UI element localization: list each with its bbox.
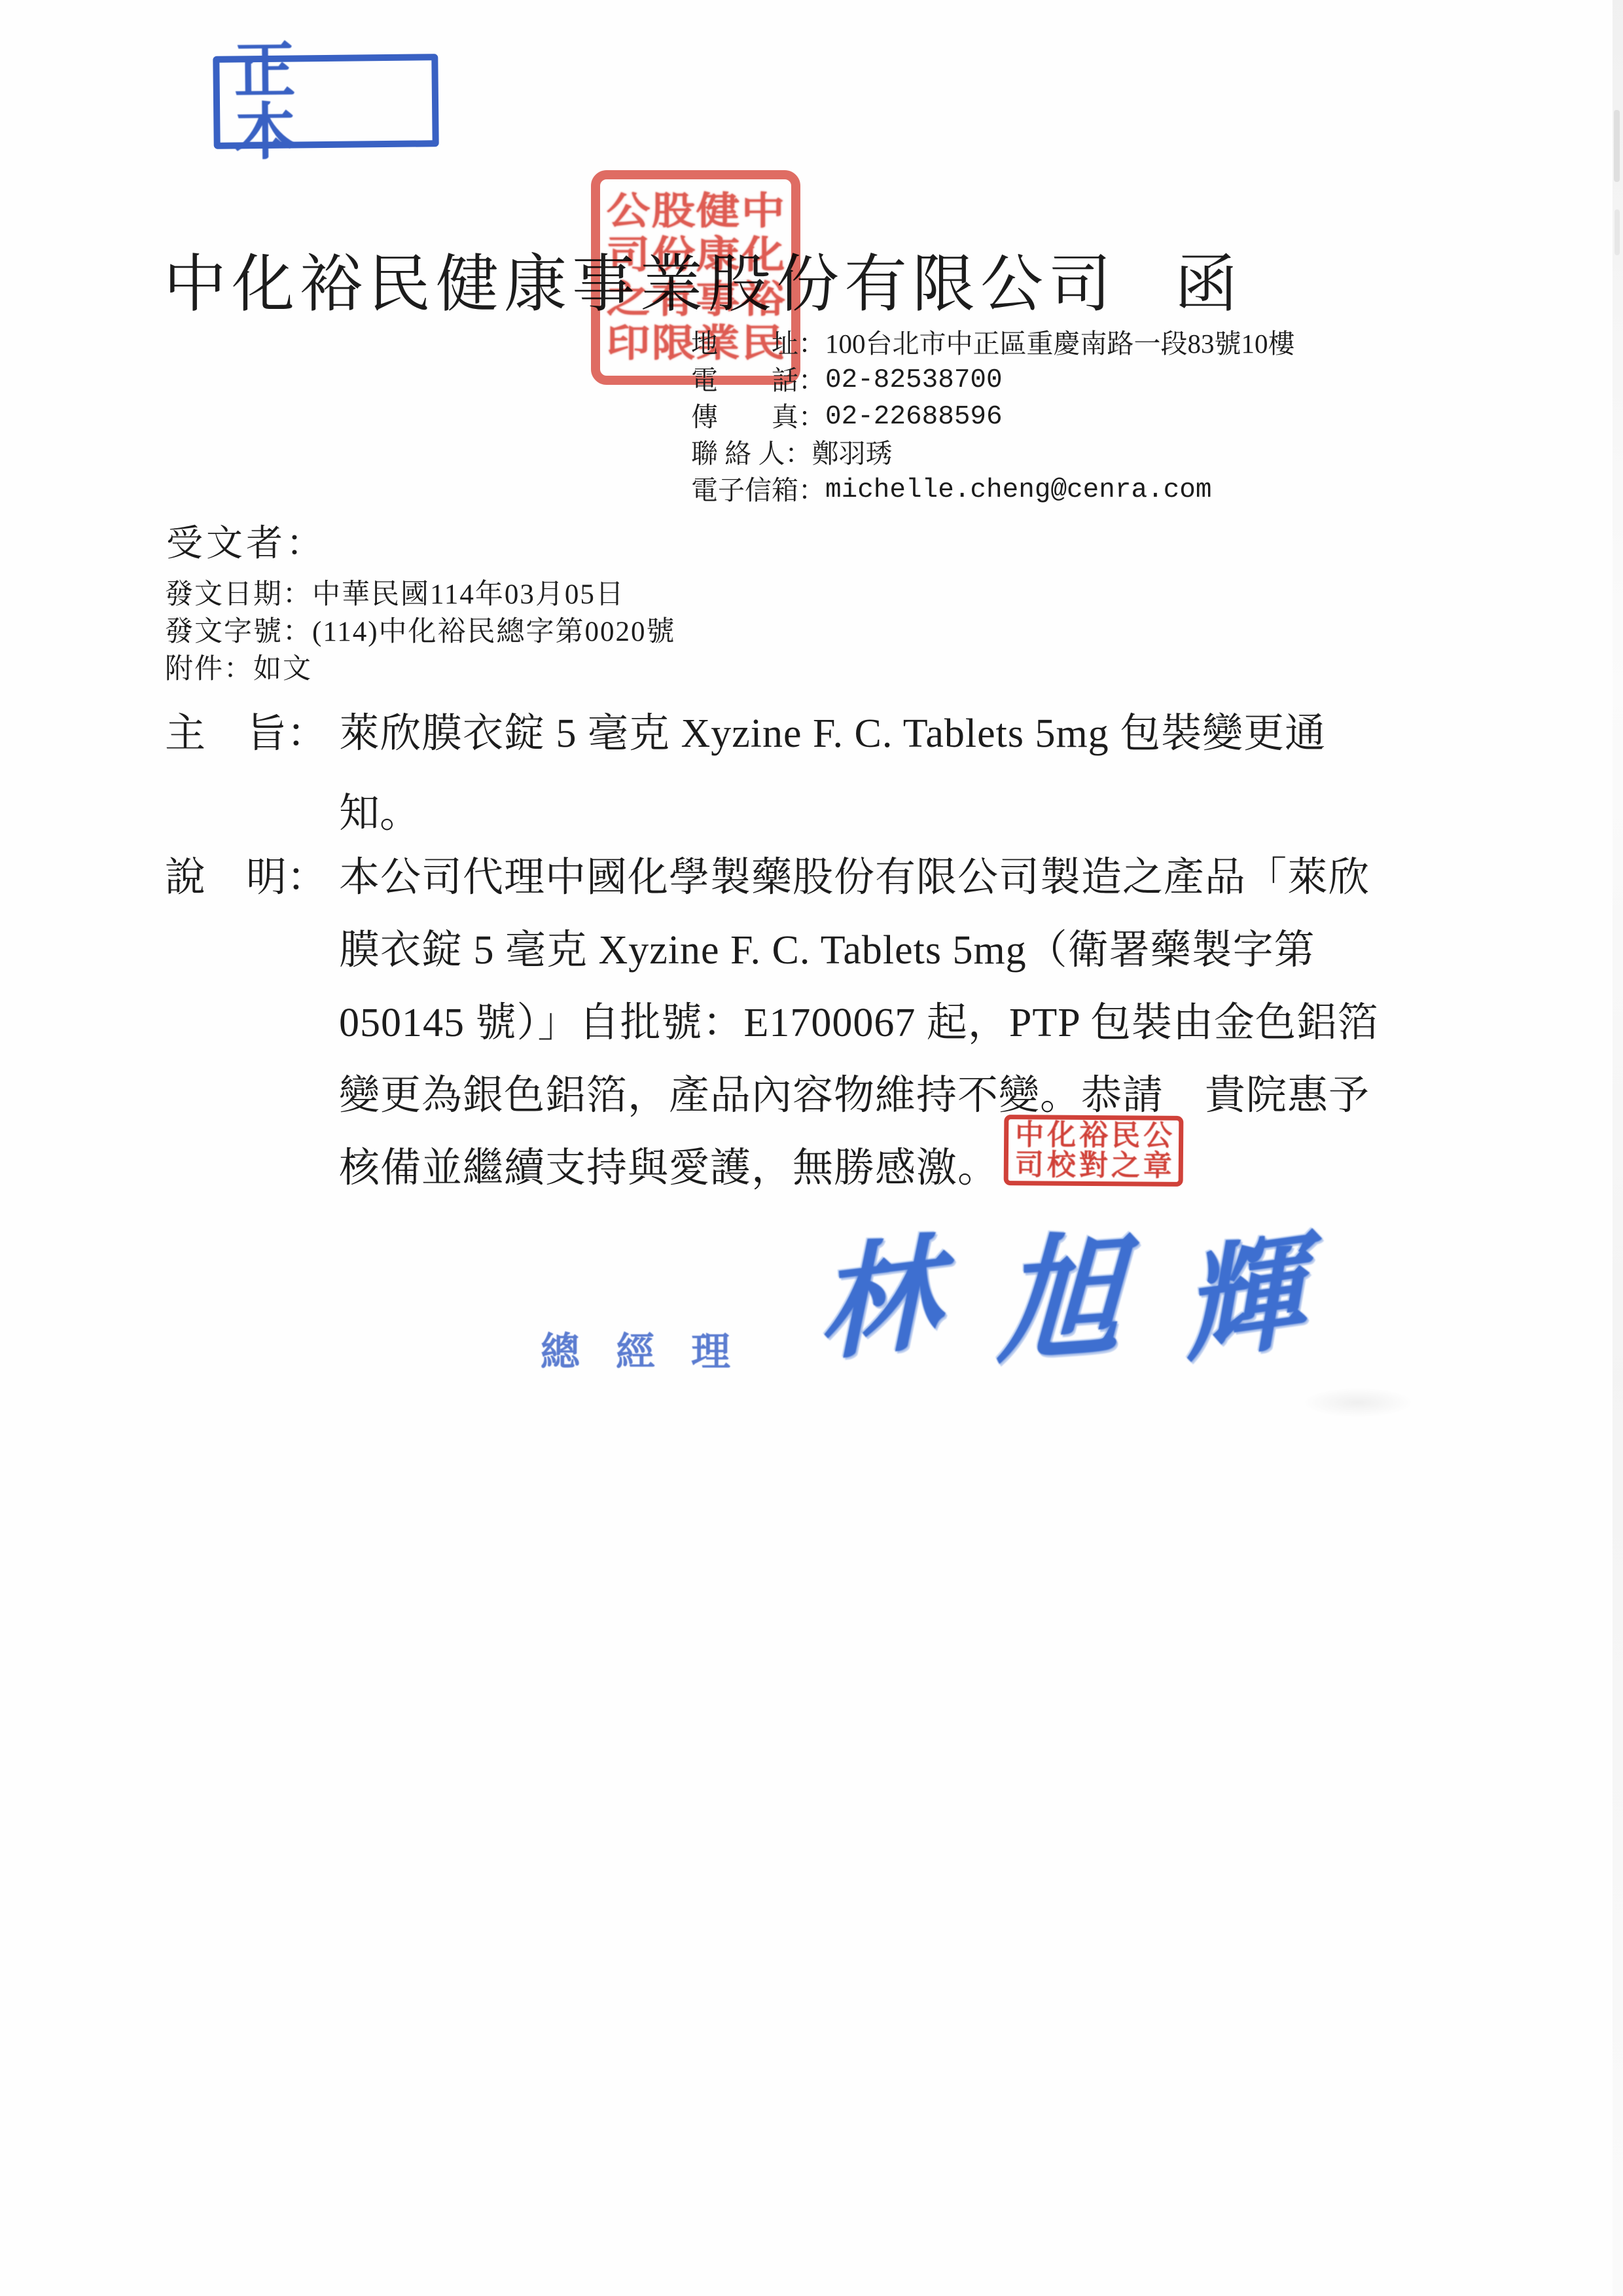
description-line: 核備並繼續支持與愛護，無勝感激。 <box>339 1135 999 1193</box>
subject-line: 知。 <box>339 780 420 838</box>
contact-row-email: 電子信箱：michelle.cheng@cenra.com <box>691 472 1295 509</box>
signature-title: 總經理 <box>541 1321 766 1377</box>
original-copy-stamp: 正本 <box>213 54 438 149</box>
meta-block: 發文日期：中華民國114年03月05日 發文字號：(114)中化裕民總字第002… <box>165 576 676 688</box>
description-line: 本公司代理中國化學製藥股份有限公司製造之產品「萊欣 <box>339 844 1370 903</box>
proofread-seal-line: 中化裕民公 <box>1015 1121 1175 1151</box>
seal-char: 有 <box>651 281 695 319</box>
description-line: 050145 號）」自批號：E1700067 起，PTP 包裝由金色鋁箔 <box>339 990 1379 1048</box>
contact-label: 地 址： <box>691 325 825 362</box>
meta-line-doc-number: 發文字號：(114)中化裕民總字第0020號 <box>165 613 676 651</box>
company-seal-column: 公 司 之 印 <box>609 186 647 369</box>
contact-row-person: 聯 絡 人：鄭羽琇 <box>691 435 1295 472</box>
contact-block: 地 址：100台北市中正區重慶南路一段83號10樓 電 話：02-8253870… <box>691 325 1295 509</box>
scan-artifact-dash <box>1614 209 1620 255</box>
proofread-seal: 中化裕民公 司校對之章 <box>1004 1115 1184 1187</box>
seal-char: 份 <box>651 236 695 274</box>
description-label: 說 明： <box>165 844 327 903</box>
description-line: 膜衣錠 5 毫克 Xyzine F. C. Tablets 5mg（衛署藥製字第 <box>339 917 1315 975</box>
seal-char: 股 <box>651 192 695 230</box>
contact-label: 傳 真： <box>691 399 825 435</box>
contact-value: 鄭羽琇 <box>812 435 893 472</box>
contact-value: 100台北市中正區重慶南路一段83號10樓 <box>825 325 1295 362</box>
seal-char: 之 <box>607 281 651 319</box>
company-seal-column: 股 份 有 限 <box>654 186 692 369</box>
scan-artifact-dash <box>1614 110 1620 182</box>
seal-char: 限 <box>651 325 695 363</box>
subject-line: 萊欣膜衣錠 5 毫克 Xyzine F. C. Tablets 5mg 包裝變更… <box>339 700 1326 759</box>
seal-char: 事 <box>696 281 740 319</box>
seal-char: 健 <box>696 192 740 230</box>
contact-row-phone: 電 話：02-82538700 <box>691 362 1295 399</box>
scan-artifact-smudge <box>1302 1388 1414 1418</box>
description-line: 變更為銀色鋁箔，產品內容物維持不變。恭請 貴院惠予 <box>339 1062 1370 1121</box>
contact-value: michelle.cheng@cenra.com <box>825 472 1212 509</box>
contact-value: 02-82538700 <box>825 362 1003 399</box>
scan-artifact-edge <box>1613 0 1623 2296</box>
letter-page: 正本 中化裕民健康事業股份有限公司 函 中 化 裕 民 健 康 事 業 股 份 … <box>0 0 1623 2296</box>
original-copy-stamp-text: 正本 <box>219 38 510 164</box>
meta-line-attachment: 附件：如文 <box>165 651 676 688</box>
seal-char: 公 <box>607 192 651 230</box>
seal-char: 化 <box>741 236 785 274</box>
subject-label: 主 旨： <box>165 700 327 759</box>
proofread-seal-line: 司校對之章 <box>1015 1151 1175 1181</box>
signature-name-char: 林 <box>816 1227 942 1376</box>
contact-label: 電 話： <box>691 362 825 399</box>
contact-row-address: 地 址：100台北市中正區重慶南路一段83號10樓 <box>691 325 1295 362</box>
recipient-label: 受文者： <box>166 514 326 567</box>
signature-name: 林 旭 輝 <box>818 1234 1304 1369</box>
doc-type-label: 函 <box>1175 234 1238 324</box>
contact-label: 聯 絡 人： <box>691 435 812 472</box>
seal-char: 中 <box>741 192 785 230</box>
signature-name-char: 輝 <box>1178 1226 1308 1376</box>
seal-char: 康 <box>696 236 740 274</box>
seal-char: 司 <box>607 236 651 274</box>
signature-name-char: 旭 <box>996 1223 1126 1380</box>
contact-label: 電子信箱： <box>691 472 825 509</box>
meta-line-issue-date: 發文日期：中華民國114年03月05日 <box>165 576 676 613</box>
contact-value: 02-22688596 <box>825 399 1003 435</box>
contact-row-fax: 傳 真：02-22688596 <box>691 399 1295 435</box>
seal-char: 印 <box>607 325 651 363</box>
seal-char: 裕 <box>741 281 785 319</box>
